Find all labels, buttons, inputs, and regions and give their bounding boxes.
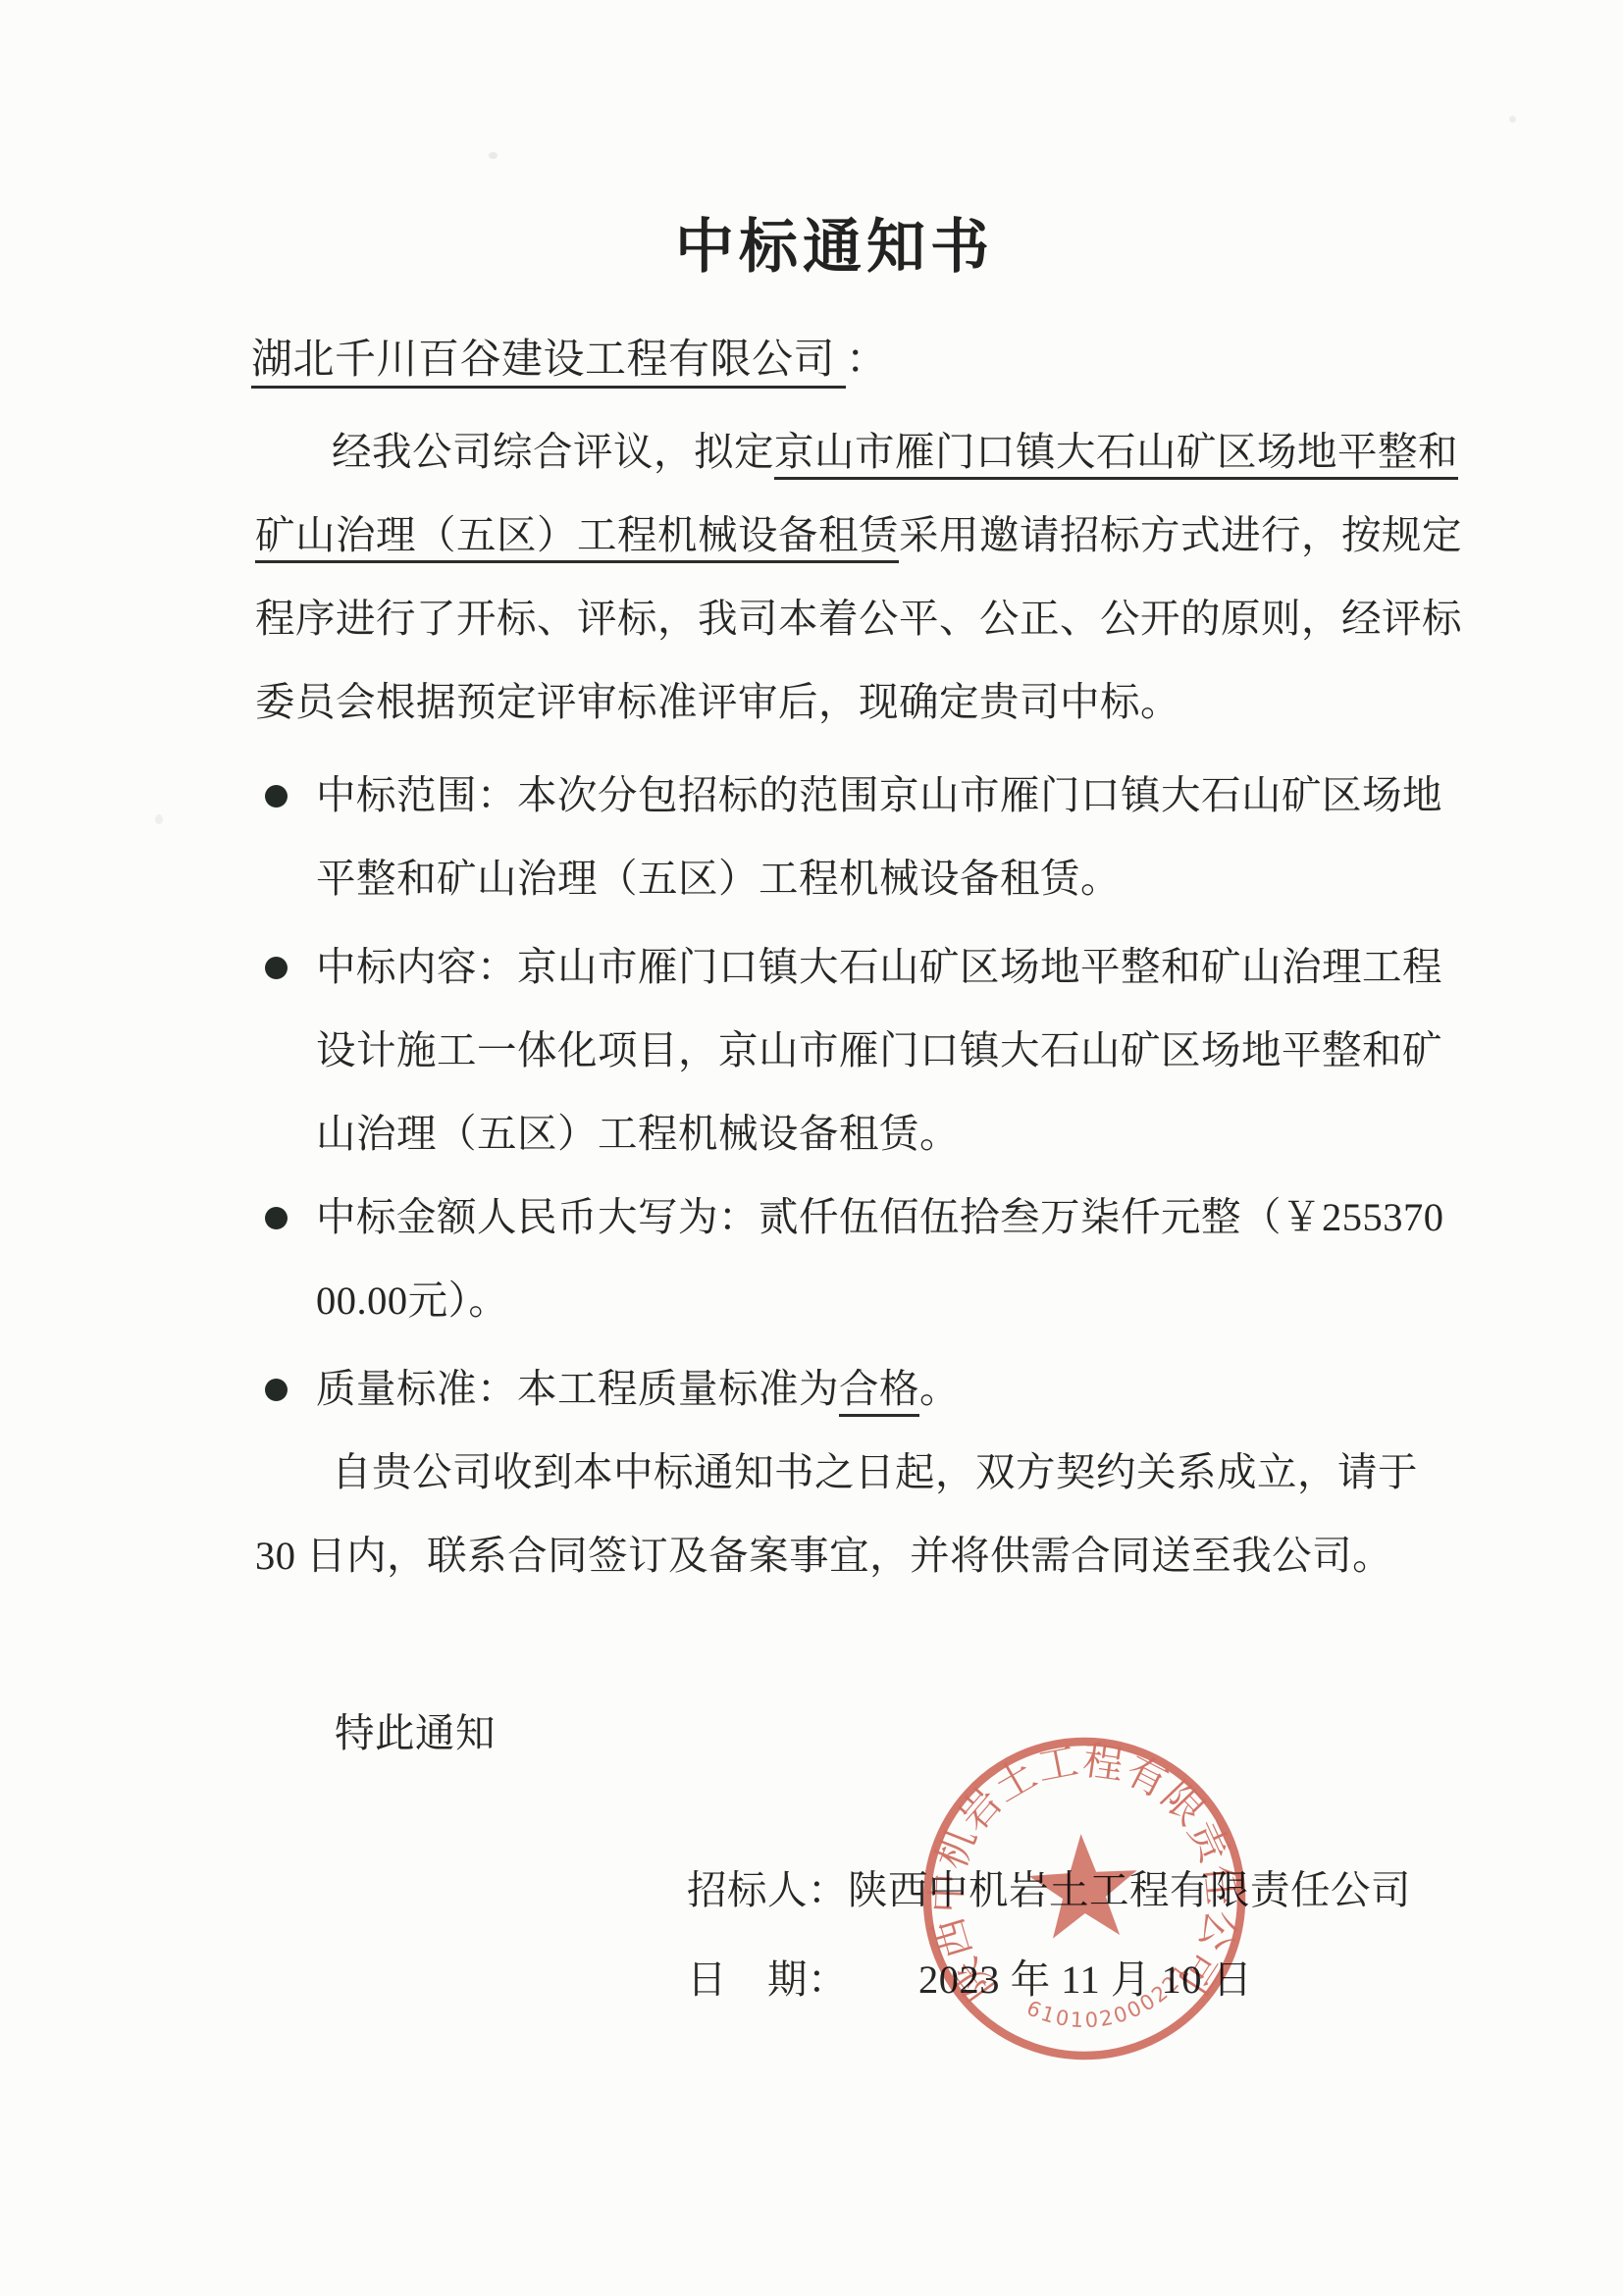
addressee-colon: ： [846,338,888,383]
para1-line1-plain: 经我公司综合评议，拟定 [332,430,774,474]
bullet3-line2: 00.00元）。 [316,1278,508,1325]
scan-speck [489,152,497,159]
bullet4-underlined: 合格 [839,1367,919,1417]
bullet4-line: 质量标准：本工程质量标准为合格。 [316,1366,960,1413]
para1-line2-plain: 采用邀请招标方式进行，按规定 [899,513,1462,557]
addressee-line: 湖北千川百谷建设工程有限公司 ： [251,337,888,384]
bullet-dot [265,1207,288,1229]
bullet2-line1: 中标内容：京山市雁门口镇大石山矿区场地平整和矿山治理工程 [316,944,1442,991]
bullet1-line1: 中标范围：本次分包招标的范围京山市雁门口镇大石山矿区场地 [316,772,1442,819]
closing-phrase: 特此通知 [335,1710,496,1757]
bullet-dot [265,957,288,979]
date-line: 日 期：2023 年 11 月 10 日 [687,1957,1253,2004]
date-value: 2023 年 11 月 10 日 [918,1957,1253,2002]
para2-line1: 自贵公司收到本中标通知书之日起，双方契约关系成立，请于 [332,1449,1418,1496]
bullet2-line2: 设计施工一体化项目，京山市雁门口镇大石山矿区场地平整和矿 [316,1027,1442,1074]
bullet2-line3: 山治理（五区）工程机械设备租赁。 [316,1111,960,1158]
para1-line4: 委员会根据预定评审标准评审后，现确定贵司中标。 [255,679,1180,726]
bullet-dot [265,785,288,808]
document-page: 中标通知书 湖北千川百谷建设工程有限公司 ： 经我公司综合评议，拟定京山市雁门口… [0,0,1623,2296]
para2-line2: 30 日内，联系合同签订及备案事宜，并将供需合同送至我公司。 [255,1533,1392,1580]
para1-line1-underlined: 京山市雁门口镇大石山矿区场地平整和 [774,430,1458,480]
bullet3-line1: 中标金额人民币大写为：贰仟伍佰伍拾叁万柒仟元整（￥255370 [316,1194,1444,1241]
addressee-company: 湖北千川百谷建设工程有限公司 [251,338,846,389]
para1-line2-underlined: 矿山治理（五区）工程机械设备租赁 [255,513,899,563]
bullet4-end: 。 [919,1367,960,1411]
tenderer-label: 招标人： [687,1868,848,1912]
tenderer-company: 陕西中机岩土工程有限责任公司 [848,1868,1411,1912]
scan-speck [155,814,163,824]
bullet4-plain: 质量标准：本工程质量标准为 [316,1367,839,1411]
document-title: 中标通知书 [675,200,994,285]
scan-speck [1509,116,1516,123]
para1-line1: 经我公司综合评议，拟定京山市雁门口镇大石山矿区场地平整和 [332,429,1458,476]
date-label: 日 期： [687,1957,848,2002]
bullet1-line2: 平整和矿山治理（五区）工程机械设备租赁。 [316,856,1121,903]
bullet-dot [265,1379,288,1401]
tenderer-line: 招标人：陕西中机岩土工程有限责任公司 [687,1867,1411,1914]
para1-line2: 矿山治理（五区）工程机械设备租赁采用邀请招标方式进行，按规定 [255,512,1462,559]
para1-line3: 程序进行了开标、评标，我司本着公平、公正、公开的原则，经评标 [255,596,1462,643]
